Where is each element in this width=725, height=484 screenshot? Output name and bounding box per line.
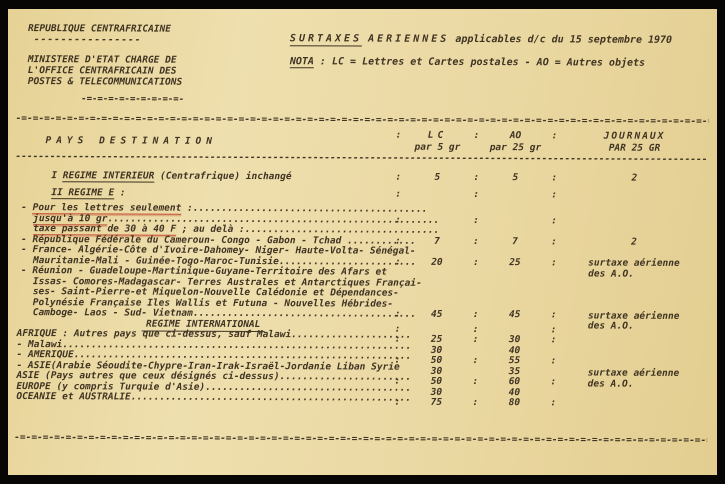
title-word-surtaxes: SURTAXES	[290, 33, 362, 46]
colon-separator: :	[548, 190, 560, 201]
colon-separator: :	[392, 310, 404, 321]
colon-separator: :	[392, 335, 404, 346]
colon-separator: :	[548, 216, 560, 227]
issuing-authority-block: REPUBLIQUE CENTRAFRICAINE --------------…	[16, 23, 280, 106]
colon-separator: :	[548, 237, 560, 248]
ao-value: 80	[481, 398, 547, 409]
nota-label: NOTA	[290, 56, 314, 68]
row-label: OCEANIE et AUSTRALIE....................…	[14, 392, 391, 404]
row-label: II REGIME E :	[15, 187, 392, 199]
nota-line: NOTA : LC = Lettres et Cartes postales -…	[290, 56, 709, 69]
lc-value: 45	[404, 310, 470, 321]
table-row: OCEANIE et AUSTRALIE....................…	[14, 392, 707, 406]
row-label: I REGIME INTERIEUR (Centrafrique) inchan…	[15, 171, 392, 183]
nota-text: : LC = Lettres et Cartes postales - AO =…	[314, 56, 645, 68]
colon-separator: :	[469, 377, 481, 388]
row-label: - France- Algérie-Côte d'Ivoire-Dahomey-…	[15, 245, 392, 268]
colon-separator: :	[547, 398, 559, 409]
ao-value: 45	[482, 310, 548, 321]
typewriter-flourish: -=-=-=-=-=-=-=-=-=-	[28, 94, 238, 106]
lc-column-header: LC par 5 gr	[404, 130, 470, 154]
colon-separator: :	[470, 189, 482, 200]
colon-separator: :	[548, 335, 560, 346]
colon-separator: :	[470, 310, 482, 321]
colon-separator: :	[470, 335, 482, 346]
colon-separator: :	[392, 173, 404, 184]
lc-value: 75	[403, 398, 469, 409]
title-word-aeriennes: AERIENNES	[368, 34, 449, 45]
ao-value: 7	[482, 237, 548, 248]
journaux-value	[559, 409, 707, 410]
colon-separator: :	[470, 173, 482, 184]
colon-separator: :	[548, 356, 560, 367]
colon-separator: :	[391, 377, 403, 388]
ministry-name: MINISTERE D'ETAT CHARGE DE L'OFFICE CENT…	[28, 54, 280, 88]
journaux-value: 2	[560, 173, 708, 184]
double-rule-separator-bottom: -=-=-=-=-=-=-=-=-=-=-=-=-=-=-=-=-=-=-=-=…	[14, 432, 707, 445]
column-colon: :	[392, 130, 404, 154]
document-header: REPUBLIQUE CENTRAFRICAINE --------------…	[16, 23, 709, 108]
column-colon: :	[548, 130, 560, 154]
table-row: II REGIME E ::::	[15, 187, 708, 201]
table-column-header: PAYS DESTINATION : LC par 5 gr : AO par …	[15, 128, 708, 155]
journaux-value: surtaxe aérienne des A.O.	[559, 368, 707, 369]
colon-separator: :	[547, 377, 559, 388]
table-row: I REGIME INTERIEUR (Centrafrique) inchan…	[15, 171, 708, 185]
colon-separator: :	[392, 257, 404, 268]
colon-separator: :	[470, 215, 482, 226]
journaux-value: surtaxe aérienne des A.O.	[560, 311, 708, 312]
double-rule-separator: -=-=-=-=-=-=-=-=-=-=-=-=-=-=-=-=-=-=-=-=…	[16, 114, 709, 127]
colon-separator: :	[470, 257, 482, 268]
journaux-value	[560, 200, 708, 201]
underline-dashes: ----------------	[28, 34, 280, 46]
colon-separator: :	[470, 356, 482, 367]
document-paper: REPUBLIQUE CENTRAFRICAINE --------------…	[8, 9, 717, 475]
column-colon: :	[470, 130, 482, 154]
colon-separator: :	[469, 398, 481, 409]
journaux-column-header: JOURNAUX PAR 25 GR	[560, 130, 708, 155]
row-label: - Réunion - Guadeloupe-Martinique-Guyane…	[15, 266, 392, 320]
title-block: SURTAXES AERIENNES applicables d/c du 15…	[280, 24, 709, 108]
ao-value: 25	[482, 258, 548, 269]
colon-separator: :	[548, 258, 560, 269]
ao-column-header: AO par 25 gr	[482, 130, 548, 154]
title-rest: applicables d/c du 15 septembre 1970	[449, 34, 672, 46]
lc-value: 20	[404, 257, 470, 268]
colon-separator: :	[391, 398, 403, 409]
colon-separator: :	[392, 356, 404, 367]
pays-destination-header: PAYS DESTINATION	[15, 128, 392, 154]
scan-frame: REPUBLIQUE CENTRAFRICAINE --------------…	[0, 0, 725, 484]
rates-table-body: I REGIME INTERIEUR (Centrafrique) inchan…	[14, 162, 708, 406]
colon-separator: :	[548, 310, 560, 321]
lc-value: 5	[404, 173, 470, 184]
colon-separator: :	[392, 189, 404, 200]
colon-separator: :	[470, 236, 482, 247]
journaux-value: surtaxe aérienne des A.O.	[560, 258, 708, 259]
journaux-value: 2	[560, 237, 708, 248]
ao-value: 5	[482, 173, 548, 184]
colon-separator: :	[548, 173, 560, 184]
page-title: SURTAXES AERIENNES applicables d/c du 15…	[290, 33, 709, 46]
